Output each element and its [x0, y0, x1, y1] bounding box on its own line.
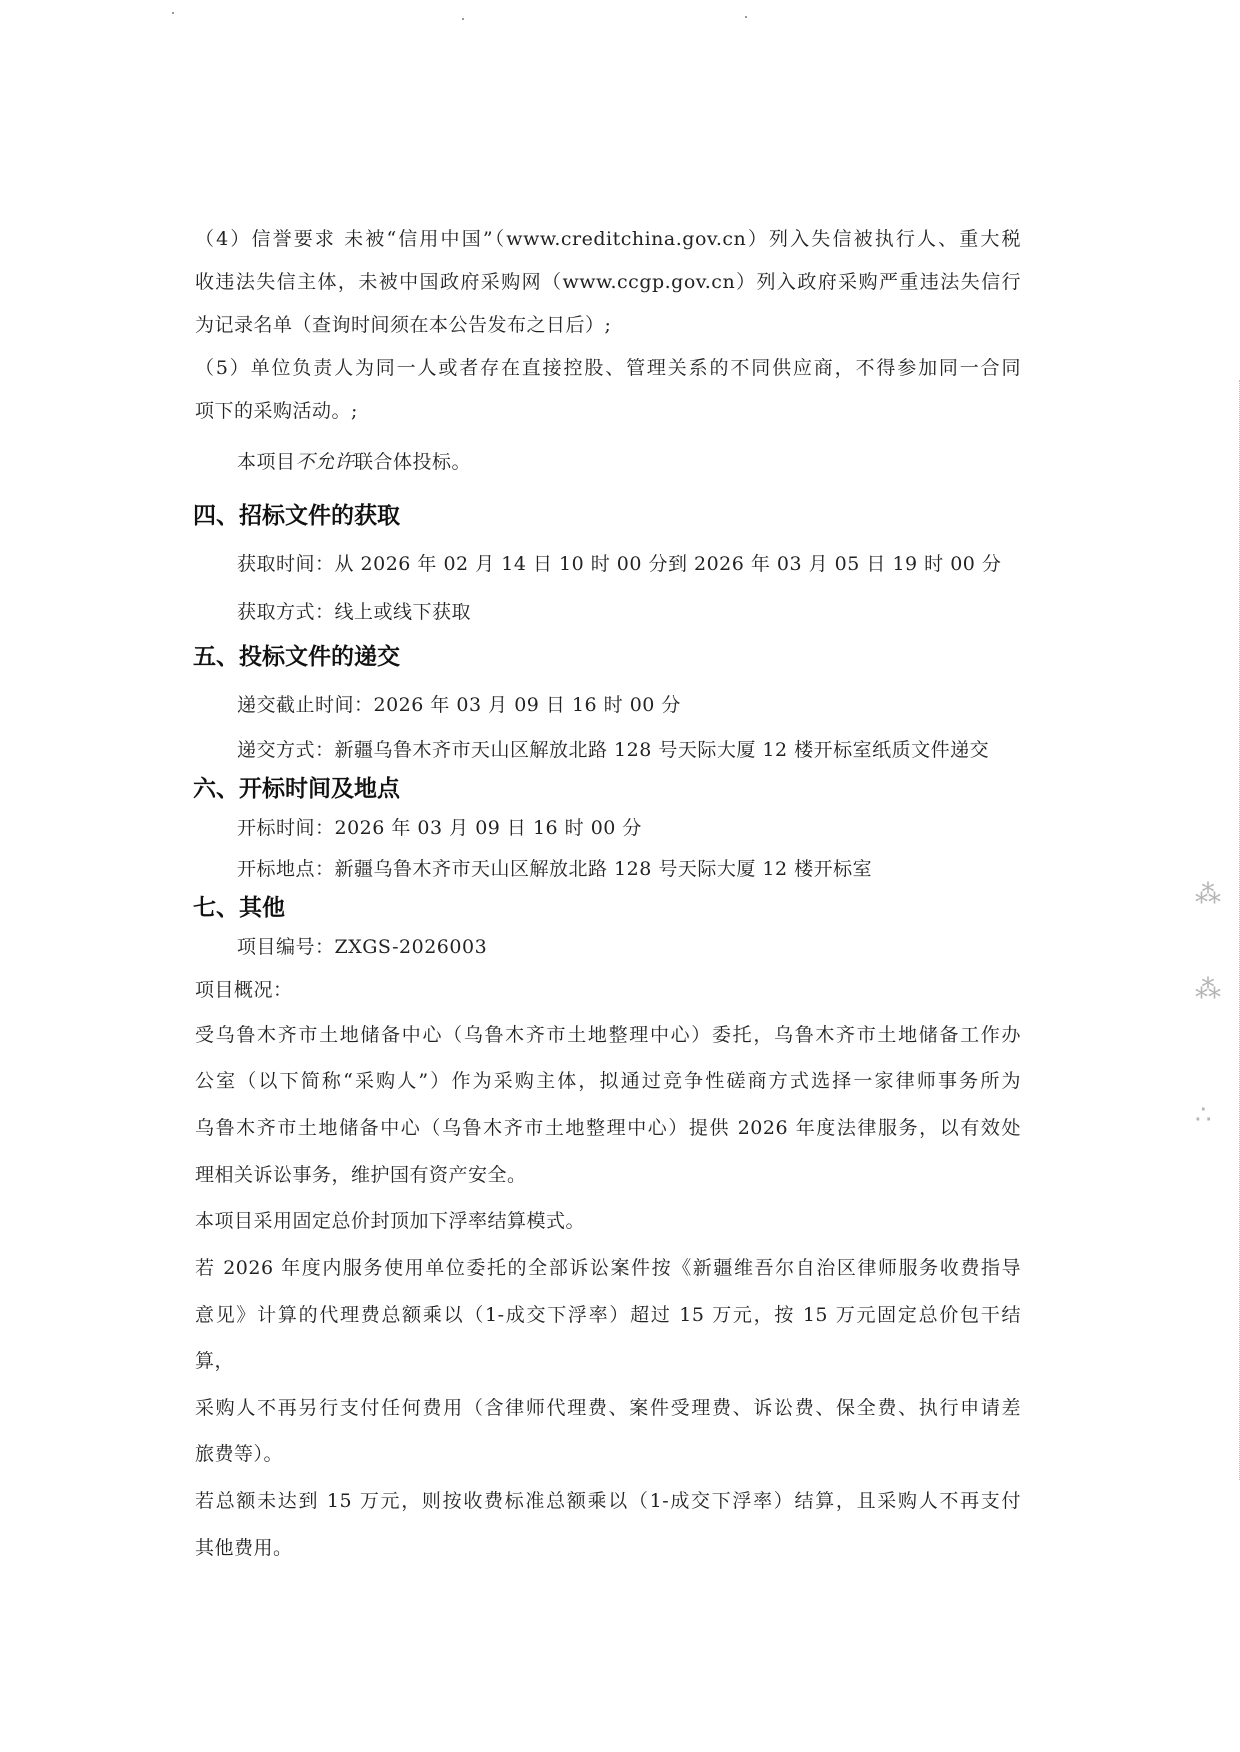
- scan-speck: [462, 18, 464, 20]
- requirement-4-line-3: 为记录名单（查询时间须在本公告发布之日后）;: [195, 310, 611, 337]
- requirement-5-line-1: （5）单位负责人为同一人或者存在直接控股、管理关系的不同供应商，不得参加同一合同: [195, 353, 1021, 380]
- rule-line-1: 若 2026 年度内服务使用单位委托的全部诉讼案件按《新疆维吾尔自治区律师服务收…: [195, 1253, 1021, 1280]
- overview-line-2: 公室（以下简称“采购人”）作为采购主体，拟通过竞争性磋商方式选择一家律师事务所为: [195, 1066, 1021, 1093]
- document-page: （4）信誉要求 未被“信用中国”（www.creditchina.gov.cn）…: [0, 0, 1240, 1752]
- rule-line-4: 采购人不再另行支付任何费用（含律师代理费、案件受理费、诉讼费、保全费、执行申请差: [195, 1393, 1021, 1420]
- opening-place: 开标地点：新疆乌鲁木齐市天山区解放北路 128 号天际大厦 12 楼开标室: [237, 854, 872, 881]
- requirement-4-line-2: 收违法失信主体，未被中国政府采购网（www.ccgp.gov.cn）列入政府采购…: [195, 267, 1021, 294]
- seal-fragment: ∴: [1195, 1100, 1223, 1130]
- section-5-title: 五、投标文件的递交: [193, 638, 400, 671]
- scan-speck: [745, 16, 747, 18]
- opening-time: 开标时间：2026 年 03 月 09 日 16 时 00 分: [237, 813, 642, 840]
- submission-deadline: 递交截止时间：2026 年 03 月 09 日 16 时 00 分: [237, 690, 681, 717]
- overview-line-3: 乌鲁木齐市土地储备中心（乌鲁木齐市土地整理中心）提供 2026 年度法律服务，以…: [195, 1113, 1021, 1140]
- consortium-pre: 本项目: [237, 451, 296, 473]
- rule-line-6: 若总额未达到 15 万元，则按收费标准总额乘以（1-成交下浮率）结算，且采购人不…: [195, 1486, 1021, 1513]
- project-number: 项目编号：ZXGS-2026003: [237, 932, 487, 959]
- settlement-mode: 本项目采用固定总价封顶加下浮率结算模式。: [195, 1206, 585, 1233]
- section-4-title: 四、招标文件的获取: [193, 497, 400, 530]
- consortium-note: 本项目不允许联合体投标。: [237, 447, 471, 474]
- requirement-4-line-1: （4）信誉要求 未被“信用中国”（www.creditchina.gov.cn）…: [195, 224, 1021, 251]
- section-7-title: 七、其他: [193, 889, 285, 922]
- overview-line-1: 受乌鲁木齐市土地储备中心（乌鲁木齐市土地整理中心）委托，乌鲁木齐市土地储备工作办: [195, 1020, 1021, 1047]
- overview-line-4: 理相关诉讼事务，维护国有资产安全。: [195, 1160, 527, 1187]
- rule-line-2: 意见》计算的代理费总额乘以（1-成交下浮率）超过 15 万元，按 15 万元固定…: [195, 1300, 1021, 1327]
- submission-method: 递交方式：新疆乌鲁木齐市天山区解放北路 128 号天际大厦 12 楼开标室纸质文…: [237, 735, 989, 762]
- rule-line-5: 旅费等）。: [195, 1439, 283, 1466]
- section-6-title: 六、开标时间及地点: [193, 770, 400, 803]
- seal-fragment: ⁂: [1195, 975, 1223, 1005]
- seal-fragment: ⁂: [1195, 880, 1223, 910]
- rule-line-3: 算，: [195, 1346, 234, 1373]
- scan-speck: [172, 12, 174, 14]
- rule-line-7: 其他费用。: [195, 1533, 293, 1560]
- requirement-5-line-2: 项下的采购活动。;: [195, 396, 358, 423]
- consortium-post: 联合体投标。: [354, 451, 471, 473]
- acquire-time: 获取时间：从 2026 年 02 月 14 日 10 时 00 分到 2026 …: [237, 549, 1001, 576]
- overview-label: 项目概况：: [195, 975, 293, 1002]
- acquire-method: 获取方式：线上或线下获取: [237, 597, 471, 624]
- consortium-emphasis: 不允许: [296, 451, 355, 473]
